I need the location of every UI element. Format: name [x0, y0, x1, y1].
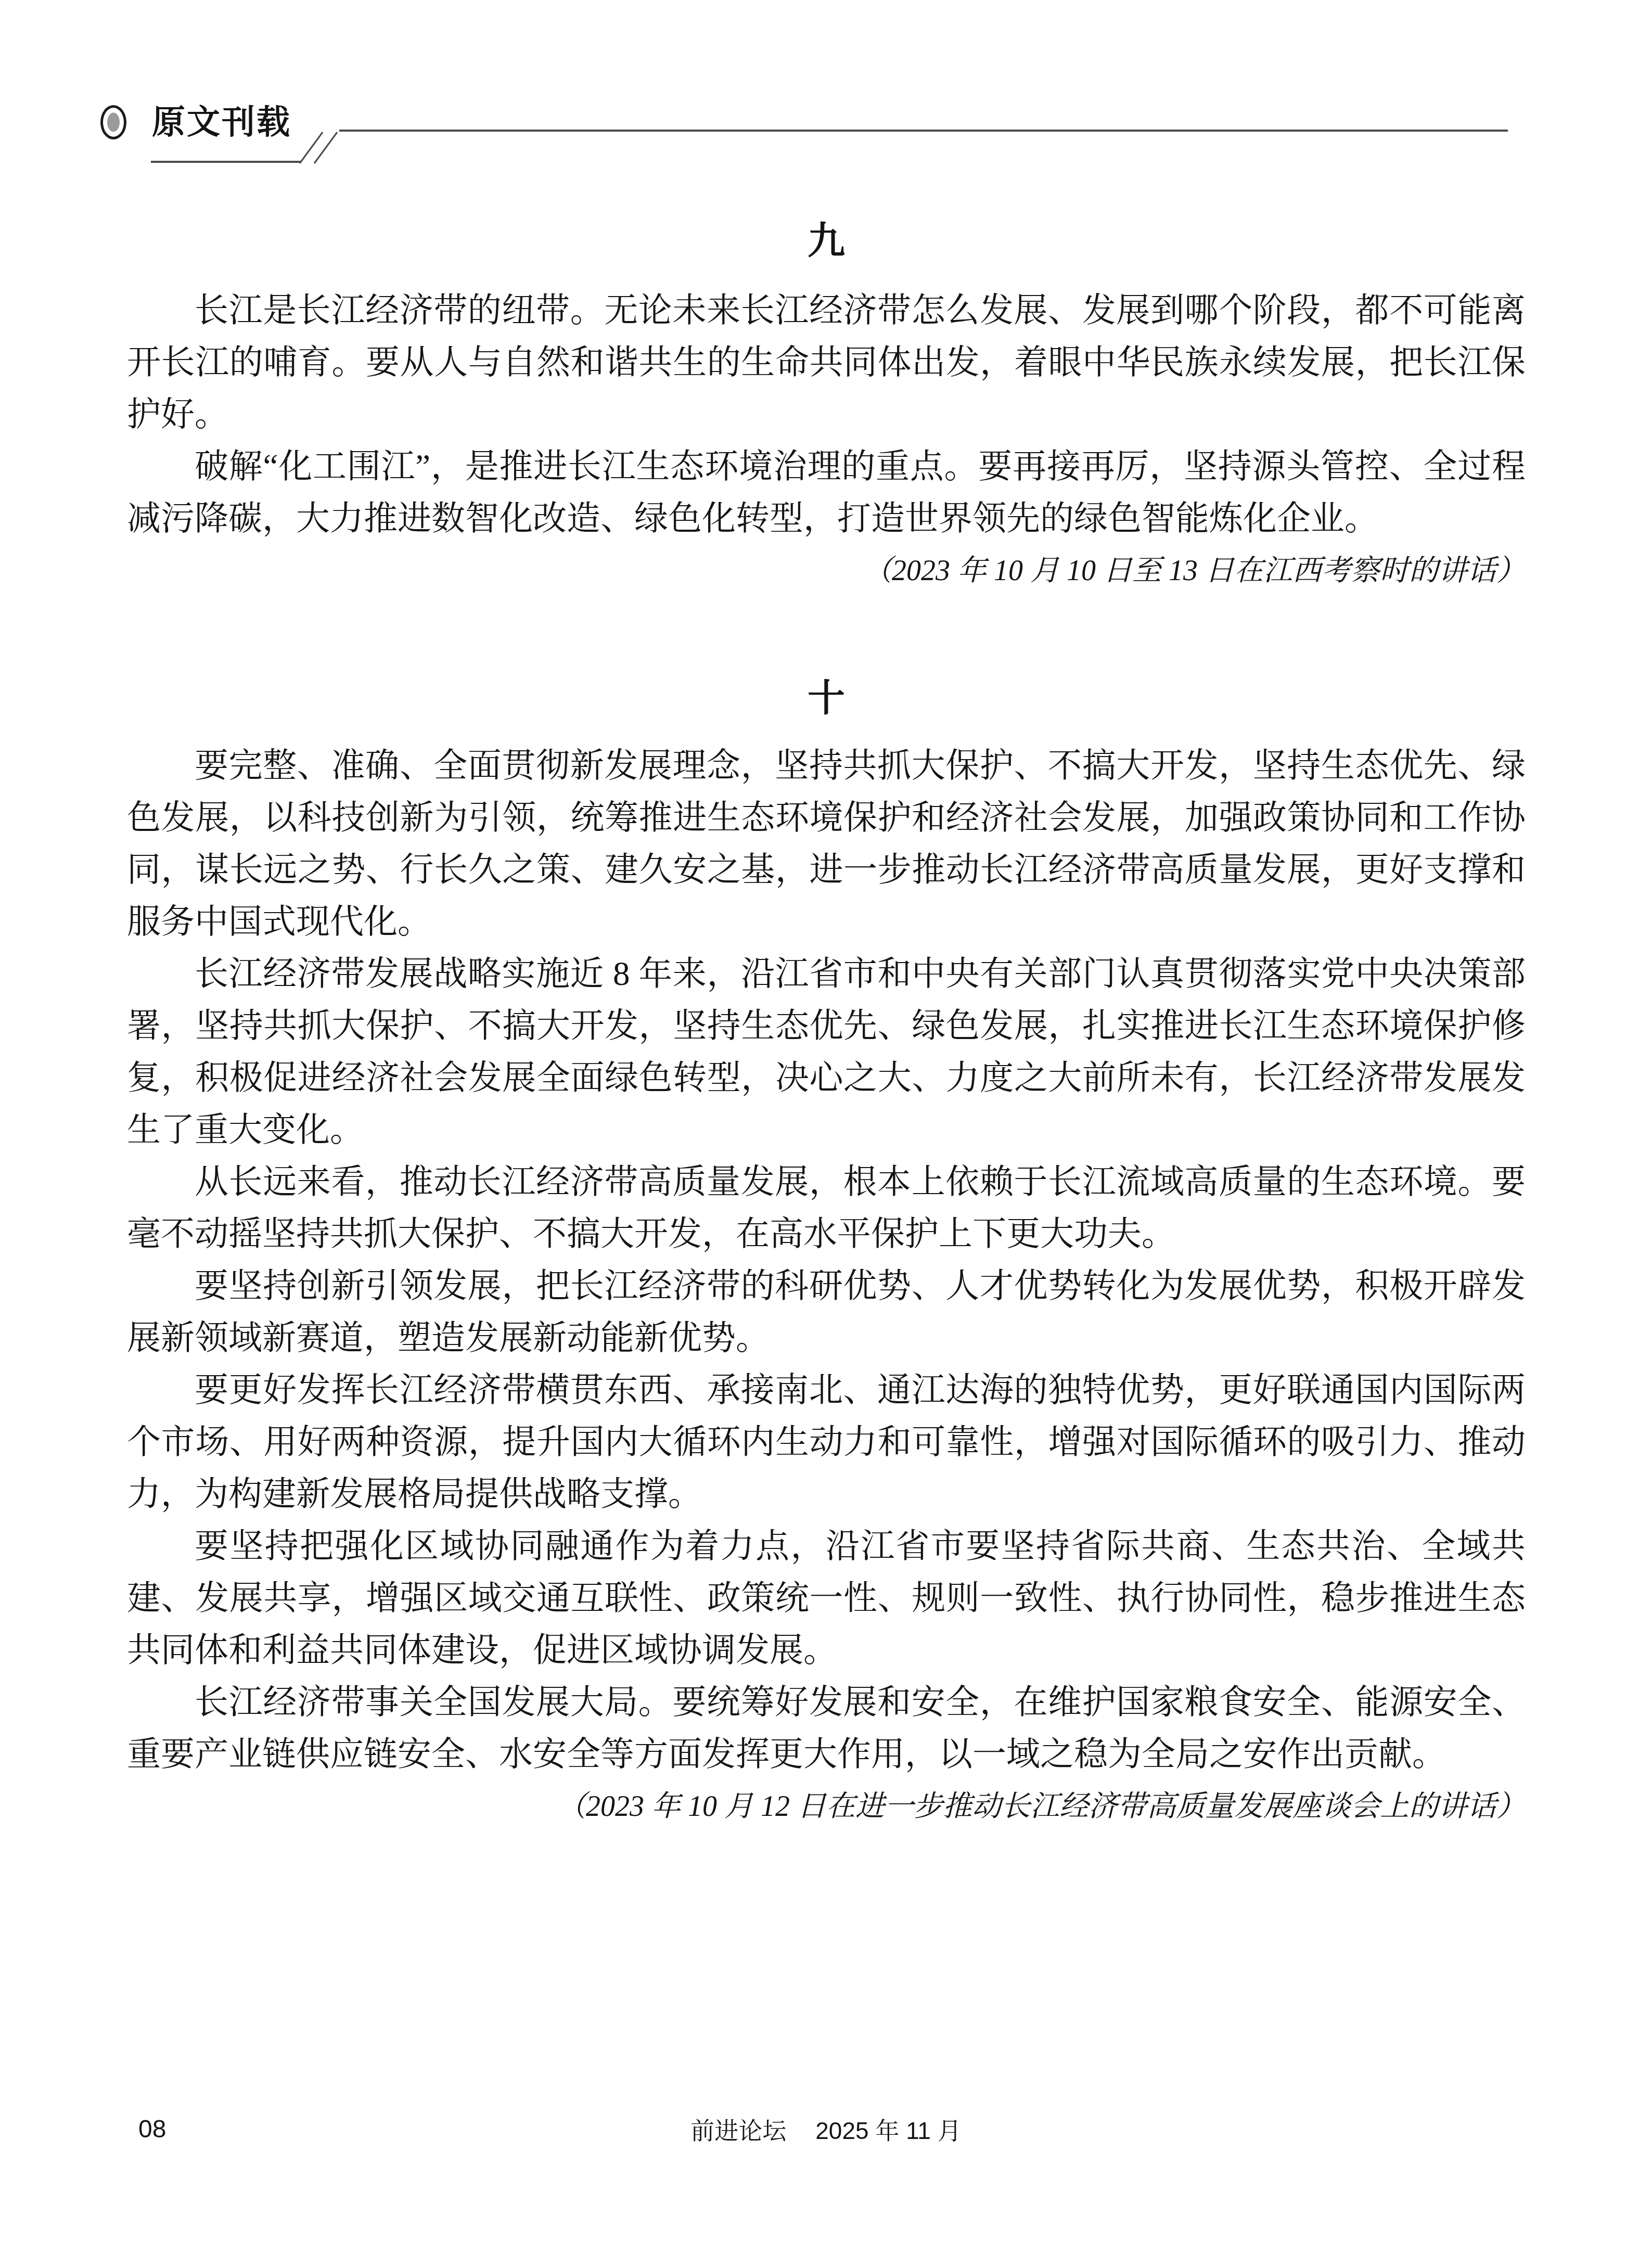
- paragraph: 长江是长江经济带的纽带。无论未来长江经济带怎么发展、发展到哪个阶段，都不可能离开…: [127, 285, 1526, 441]
- paragraph: 要更好发挥长江经济带横贯东西、承接南北、通江达海的独特优势，更好联通国内国际两个…: [127, 1364, 1526, 1520]
- paragraph: 要坚持把强化区域协同融通作为着力点，沿江省市要坚持省际共商、生态共治、全域共建、…: [127, 1520, 1526, 1676]
- paragraph: 从长远来看，推动长江经济带高质量发展，根本上依赖于长江流域高质量的生态环境。要毫…: [127, 1156, 1526, 1260]
- section-ten: 十 要完整、准确、全面贯彻新发展理念，坚持共抓大保护、不搞大开发，坚持生态优先、…: [127, 670, 1526, 1833]
- section-nine: 九 长江是长江经济带的纽带。无论未来长江经济带怎么发展、发展到哪个阶段，都不可能…: [127, 212, 1526, 597]
- magazine-page: 原文刊载 九 长江是长江经济带的纽带。无论未来长江经济带怎么发展、发展到哪个阶段…: [0, 0, 1652, 2242]
- paragraph: 长江经济带发展战略实施近 8 年来，沿江省市和中央有关部门认真贯彻落实党中央决策…: [127, 948, 1526, 1156]
- paragraph: 破解“化工围江”，是推进长江生态环境治理的重点。要再接再厉，坚持源头管控、全过程…: [127, 441, 1526, 545]
- article-body: 九 长江是长江经济带的纽带。无论未来长江经济带怎么发展、发展到哪个阶段，都不可能…: [127, 0, 1526, 1833]
- paragraph: 长江经济带事关全国发展大局。要统筹好发展和安全，在维护国家粮食安全、能源安全、重…: [127, 1676, 1526, 1780]
- footer-journal-line: 前进论坛2025 年 11 月: [0, 2112, 1652, 2149]
- paragraph: 要完整、准确、全面贯彻新发展理念，坚持共抓大保护、不搞大开发，坚持生态优先、绿色…: [127, 740, 1526, 948]
- issue-date: 2025 年 11 月: [815, 2117, 961, 2144]
- paragraph: 要坚持创新引领发展，把长江经济带的科研优势、人才优势转化为发展优势，积极开辟发展…: [127, 1260, 1526, 1364]
- citation-line: （2023 年 10 月 10 日至 13 日在江西考察时的讲话）: [127, 545, 1526, 597]
- section-ten-title: 十: [127, 670, 1526, 727]
- section-nine-title: 九: [127, 212, 1526, 270]
- journal-name: 前进论坛: [690, 2117, 786, 2144]
- citation-line: （2023 年 10 月 12 日在进一步推动长江经济带高质量发展座谈会上的讲话…: [127, 1780, 1526, 1833]
